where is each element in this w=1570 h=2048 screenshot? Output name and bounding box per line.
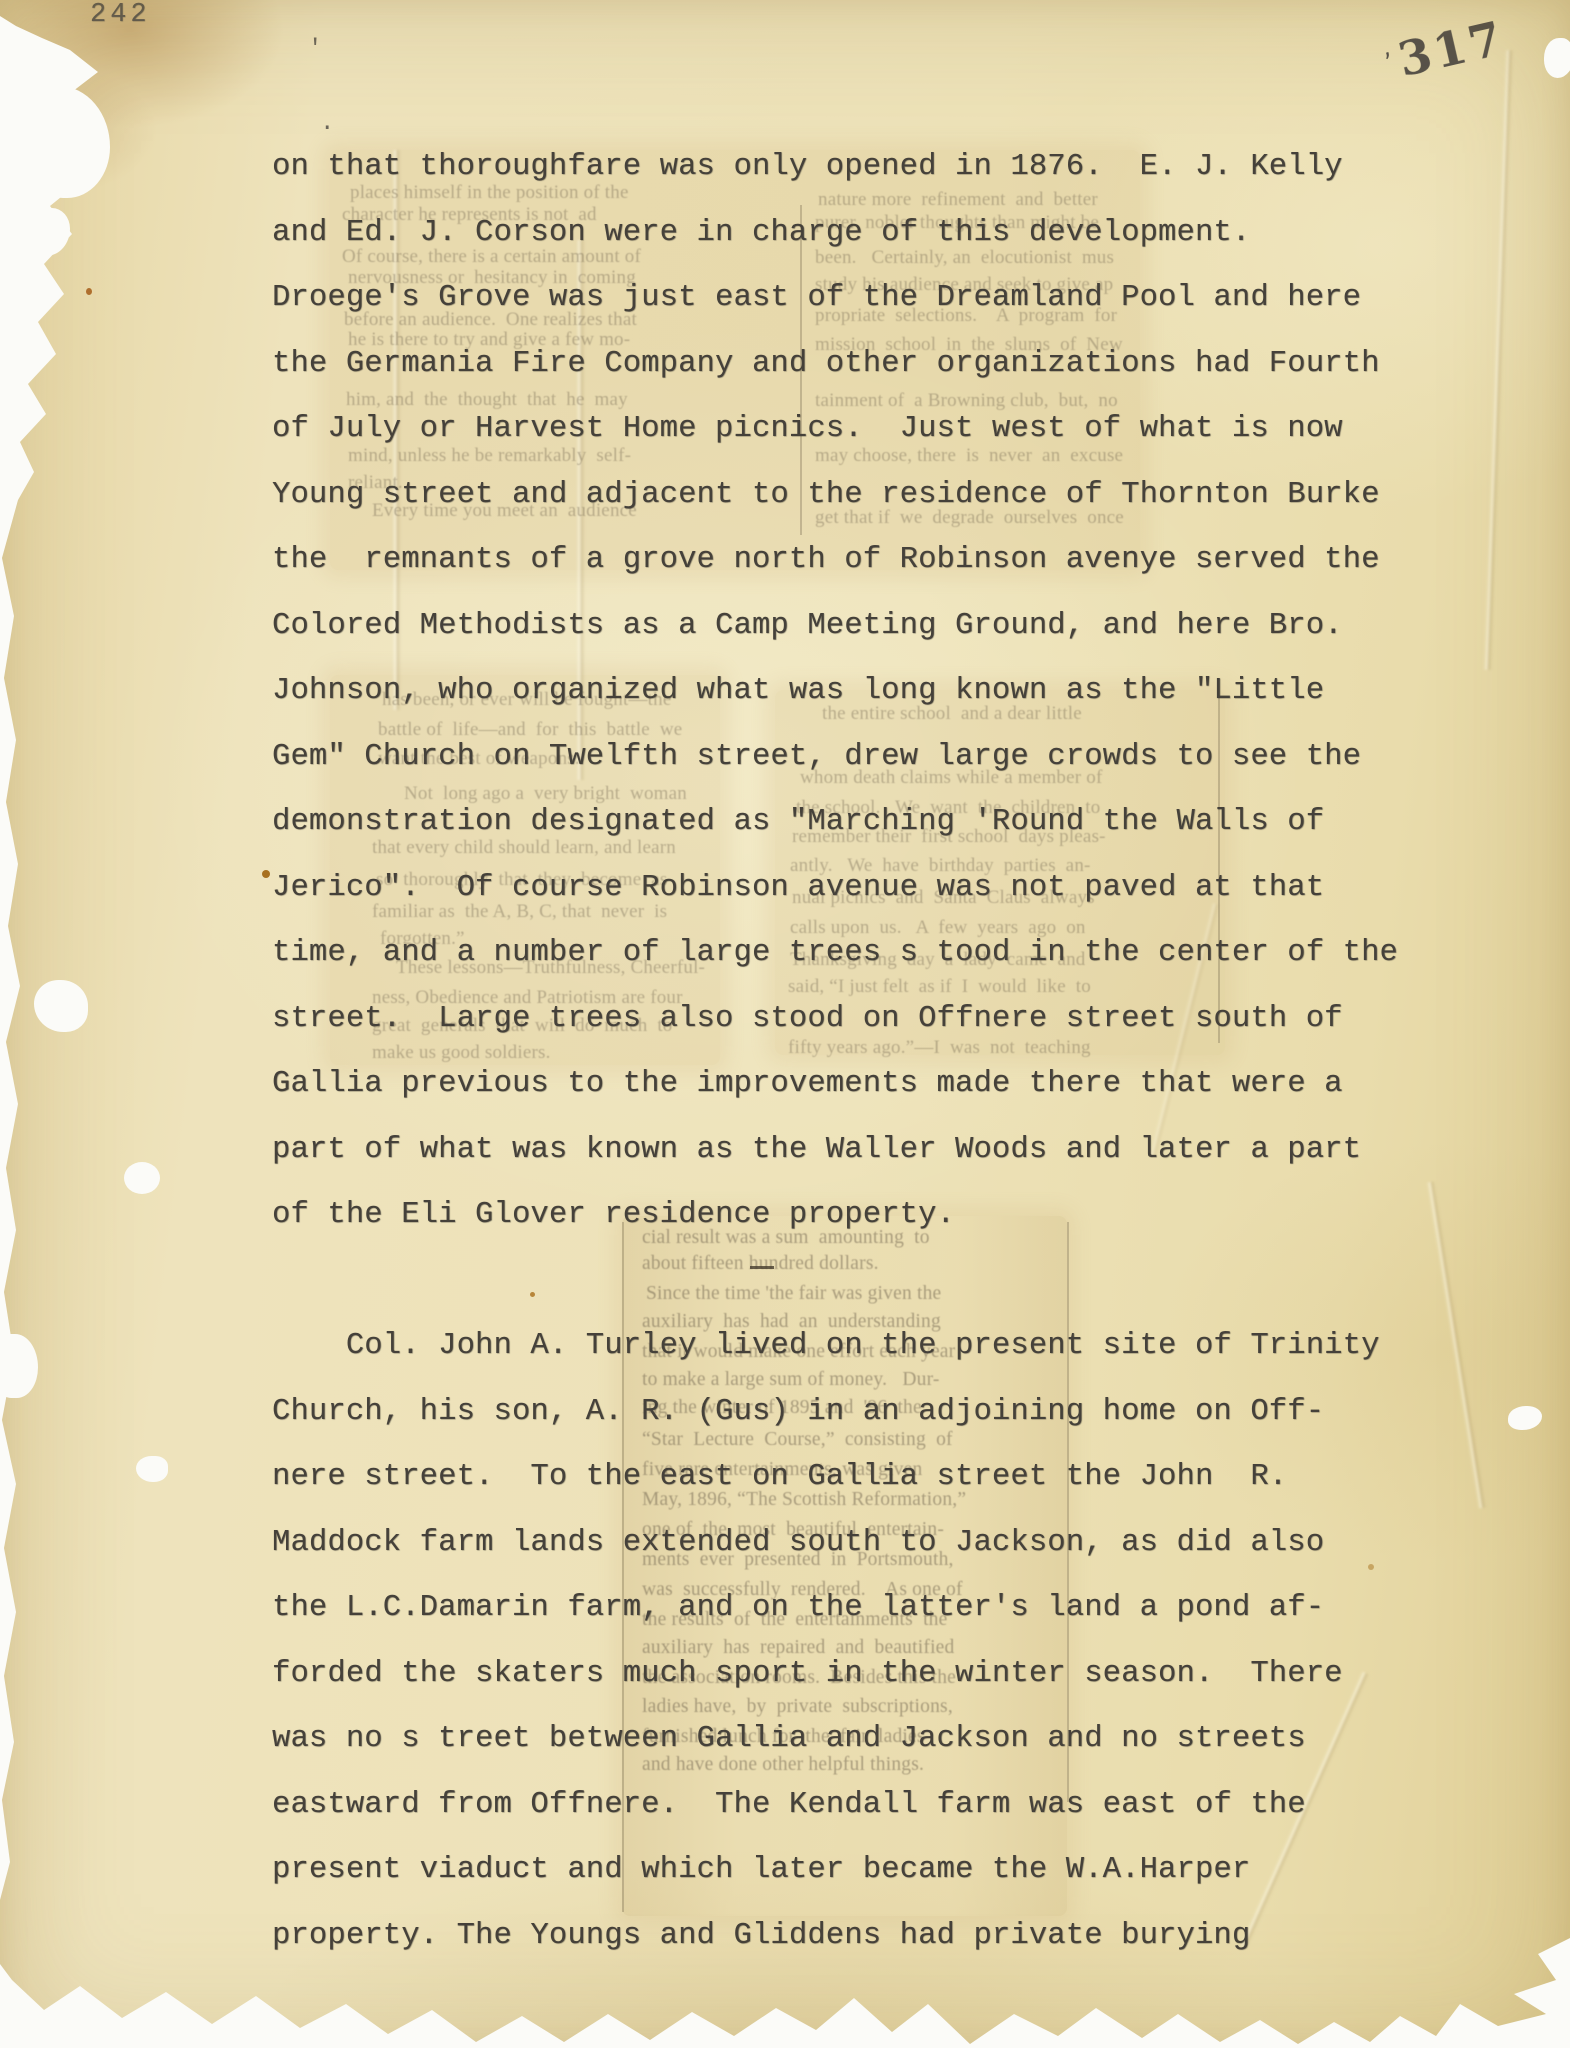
torn-edge-hole [136,1456,168,1482]
rust-speck [86,288,92,295]
stray-ink-mark: ' [308,36,322,63]
torn-edge-hole [1544,38,1570,78]
rust-speck [1368,1564,1374,1570]
stray-ink-mark: . [320,110,334,137]
rust-speck [262,870,270,878]
rust-speck [530,1292,535,1297]
paper-sheet: places himself in the position of thecha… [0,0,1570,2048]
stray-marks-layer: '. [0,0,1570,2048]
page-number: 242 [90,0,151,30]
scanned-typescript-page: places himself in the position of thecha… [0,0,1570,2048]
underline-dash [750,1266,774,1269]
torn-edge-hole [124,1162,160,1194]
